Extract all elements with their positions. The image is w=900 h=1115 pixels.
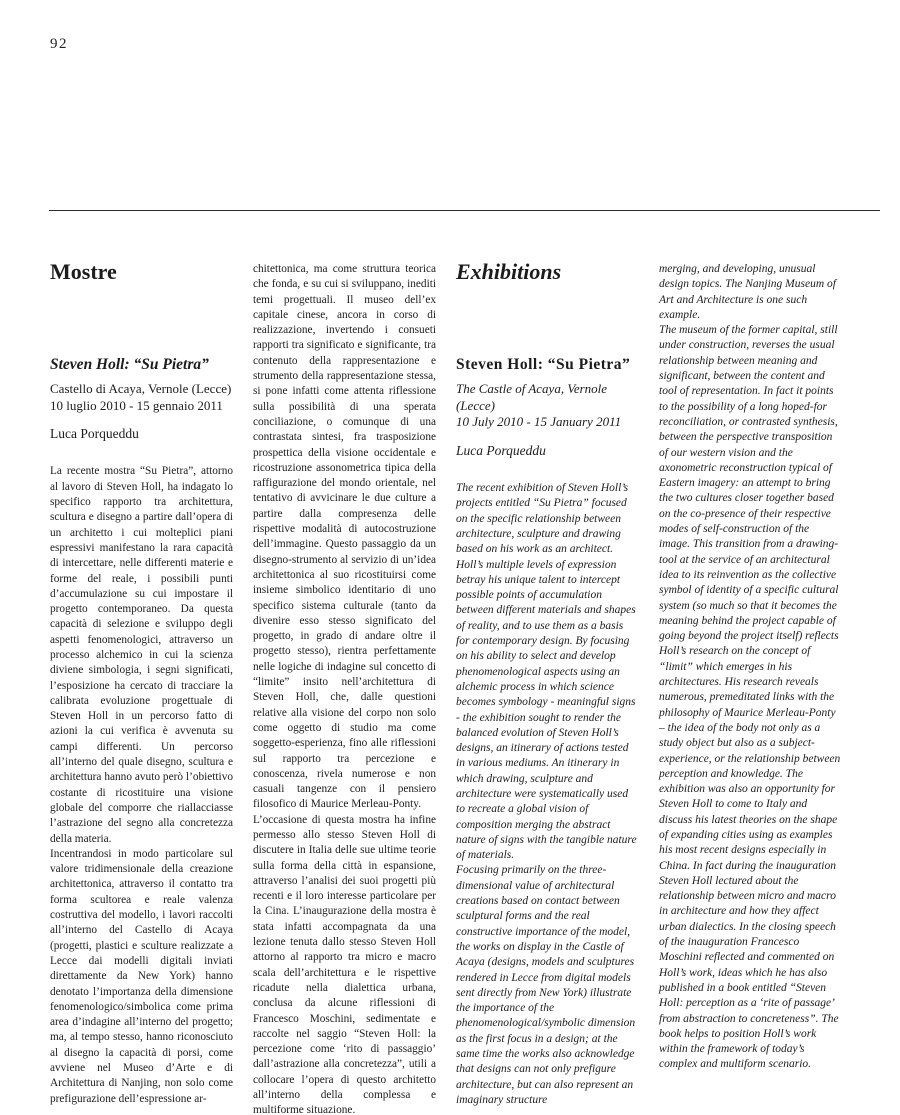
section-title-exhibitions: Exhibitions (456, 260, 639, 284)
column-italian-2: chitettonica, ma come struttura teorica … (253, 250, 436, 1115)
top-rule-divider (49, 210, 880, 211)
paragraph: La recente mostra “Su Pietra”, attorno a… (50, 464, 233, 846)
paragraph: merging, and developing, unusual design … (659, 262, 842, 323)
author-english: Luca Porqueddu (456, 443, 639, 459)
paragraph: L’occasione di questa mostra ha infine p… (253, 813, 436, 1115)
column-italian-1: Mostre Steven Holl: “Su Pietra” Castello… (50, 250, 233, 1115)
dates-italian: 10 luglio 2010 - 15 gennaio 2011 (50, 398, 233, 415)
paragraph: Incentrandosi in modo particolare sul va… (50, 847, 233, 1107)
column-english-2: merging, and developing, unusual design … (659, 250, 842, 1115)
dates-english: 10 July 2010 - 15 January 2011 (456, 414, 639, 431)
paragraph: Focusing primarily on the three-dimensio… (456, 863, 639, 1108)
venue-italian: Castello di Acaya, Vernole (Lecce) (50, 381, 233, 398)
italian-body-column-1: La recente mostra “Su Pietra”, attorno a… (50, 464, 233, 1106)
column-english-1: Exhibitions Steven Holl: “Su Pietra” The… (456, 250, 639, 1115)
english-body-column-1: The recent exhibition of Steven Holl’s p… (456, 481, 639, 1108)
section-title-mostre: Mostre (50, 260, 233, 284)
article-columns: Mostre Steven Holl: “Su Pietra” Castello… (50, 250, 842, 1115)
article-title-italian: Steven Holl: “Su Pietra” (50, 356, 233, 374)
paragraph: chitettonica, ma come struttura teorica … (253, 262, 436, 813)
author-italian: Luca Porqueddu (50, 426, 233, 442)
english-body-column-2: merging, and developing, unusual design … (659, 262, 842, 1073)
page-number: 92 (50, 36, 68, 53)
venue-english: The Castle of Acaya, Vernole (Lecce) (456, 381, 639, 414)
paragraph: The recent exhibition of Steven Holl’s p… (456, 481, 639, 863)
paragraph: The museum of the former capital, still … (659, 323, 842, 1073)
article-title-english: Steven Holl: “Su Pietra” (456, 356, 639, 374)
italian-body-column-2: chitettonica, ma come struttura teorica … (253, 262, 436, 1115)
